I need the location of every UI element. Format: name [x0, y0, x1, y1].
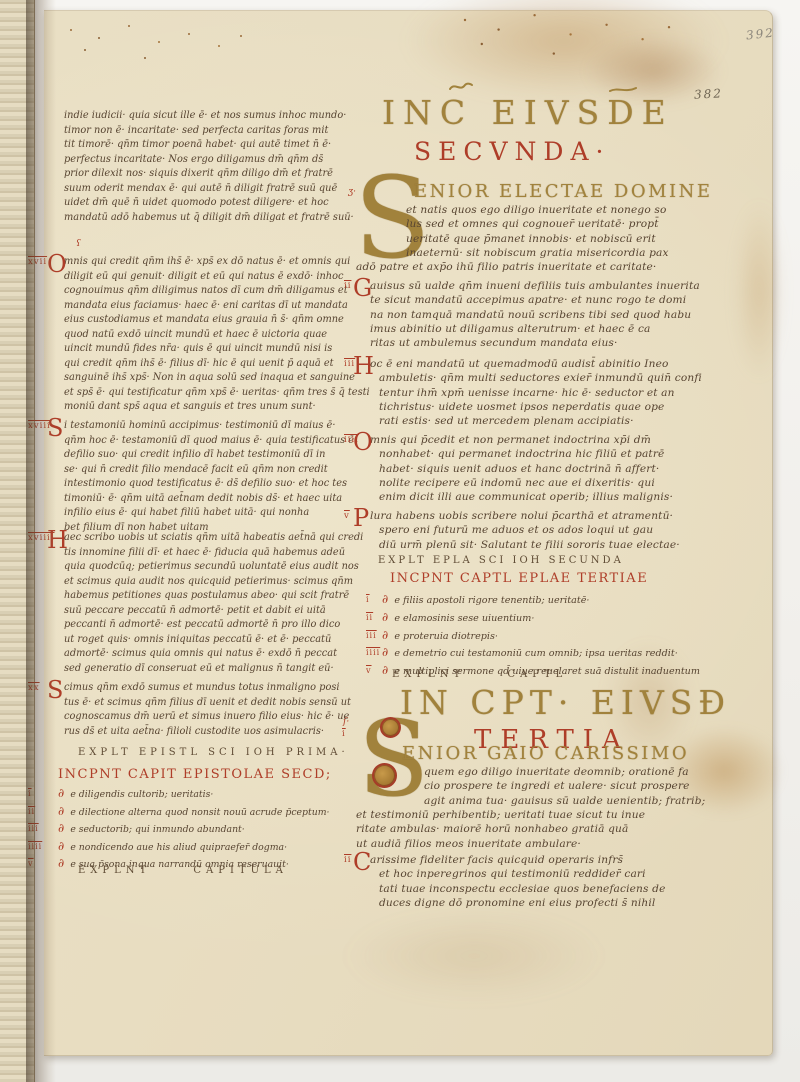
binding-gutter-shadow: [26, 0, 56, 1082]
capitulum-initial: ∂: [58, 804, 64, 818]
section-1john-xx: xx S cimus qn̄m exdō sumus et mundus tot…: [64, 681, 356, 739]
text-line: tichristus· uidete uosmet ipsos neperdat…: [370, 400, 766, 414]
text-line: i testamoniū hominū accipimus· testimoni…: [64, 419, 356, 434]
text-line: cognoscamus dm̄ uerū et simus inuero fil…: [64, 710, 356, 725]
text-line: rus ds̄ et uita aet̄na· filioli custodit…: [64, 725, 356, 740]
text-line: mnis qui credit qn̄m ihs̄ ē· xps̄ ex dō …: [64, 255, 356, 270]
1john-ch16-lines: indie iudicii· quia sicut ille ē· et nos…: [64, 109, 356, 225]
text-line: rati estis· sed ut mercedem plenam accip…: [370, 414, 766, 428]
text-lines: et natis quos ego diligo inueritate et n…: [356, 203, 766, 275]
foxing-specks: [464, 19, 466, 21]
capitulum-number: i: [366, 593, 370, 608]
capitulum-initial: ∂: [382, 610, 388, 624]
capitulum-number: ii: [366, 611, 373, 626]
text-line: ritate ambulas· maiorē horū nonhabeo gra…: [356, 822, 766, 836]
text-line: auisus sū ualde qn̄m inueni defiliis tui…: [370, 279, 766, 293]
text-line: indie iudicii· quia sicut ille ē· et nos…: [64, 109, 356, 124]
text-line: tus ē· et scimus qn̄m filius dī uenit et…: [64, 696, 356, 711]
text-line: diū urm̄ plenū sit· Salutant te filii so…: [370, 538, 766, 552]
text-lines: aec scribo uobis ut sciatis qn̄m uitā ha…: [64, 531, 356, 676]
text-lines: arissime fideliter facis quicquid operar…: [370, 853, 766, 910]
capitulum-item: iiii ∂ e demetrio cui testamoniū cum omn…: [382, 644, 766, 662]
paragraph-sign: ʕ: [76, 239, 81, 249]
text-line: qui credit qn̄m ihs̄ ē· filius dī· hic ē…: [64, 357, 356, 372]
text-line: cimus qn̄m exdō sumus et mundus totus in…: [64, 681, 356, 696]
text-line: adō patre et axp̄o ihū filio patris inue…: [356, 260, 766, 274]
text-line: tit timorē· qn̄m timor poenā habet· qui …: [64, 138, 356, 153]
capitulum-text: e proteruia diotrepis·: [394, 631, 498, 642]
text-line: spero eni futurū me aduos et os ados loq…: [370, 523, 766, 537]
text-line: ut audiā filios meos inueritate ambulare…: [356, 837, 766, 851]
text-lines: quem ego diligo inueritate deomnib; orat…: [356, 765, 766, 851]
text-line: perfectus incaritate· Nos ergo diligamus…: [64, 153, 356, 168]
initial-letter: G: [353, 276, 372, 300]
capitulum-text: e filiis apostoli rigore tenentib; uerit…: [394, 595, 589, 606]
text-line: quod natū exdō uincit mundū et haec ē ui…: [64, 328, 356, 343]
capitulum-initial: ∂: [58, 821, 64, 835]
parchment-stain: [344, 911, 604, 1001]
text-line: lus sed et omnes qui cognouer̄ ueritatē·…: [356, 217, 766, 231]
capitulum-number: iiii: [366, 646, 380, 661]
text-line: defilio suo· qui credit infilio dī habet…: [64, 448, 356, 463]
text-line: uincit mundū fides nr̄a· quis ē qui uinc…: [64, 342, 356, 357]
text-line: timoniū· ē· qn̄m uitā aet̄nam dedit nobi…: [64, 492, 356, 507]
text-line: ut roget quis· omnis iniquitas peccatū ē…: [64, 633, 356, 648]
text-line: admortē· scimus quia omnis qui natus ē· …: [64, 647, 356, 662]
manuscript-photo: 392 382 ʕ ʒ· ſ· indie iudicii· quia sicu…: [0, 0, 800, 1082]
text-line: ambuletis· qn̄m multi seductores exier̄ …: [370, 371, 766, 385]
text-line: aec scribo uobis ut sciatis qn̄m uitā ha…: [64, 531, 356, 546]
text-line: enim dicit illi aue communicat operib; i…: [370, 490, 766, 504]
capitulum-item: iii ∂ e seductorib; qui inmundo abundant…: [58, 820, 356, 838]
text-line: tati tuae inconspectu ecclesiae quos ben…: [370, 882, 766, 896]
explicit-capitula2: EXPLNT CAPITULA: [78, 865, 288, 876]
text-line: habemus petitiones quas postulamus abeo·…: [64, 589, 356, 604]
capitulum-initial: ∂: [382, 663, 388, 677]
initial-letter: C: [353, 850, 371, 874]
initial-letter: O: [353, 430, 373, 454]
capitula2-title: INCPNT CAPIT EPISTOLAE SECD;: [58, 767, 332, 782]
incipit-3john-line1: IN CPT· EIVSĐ: [400, 683, 731, 722]
text-line: tis innomine filii dī· et haec ē· fiduci…: [64, 546, 356, 561]
text-line: mandatū adō habemus ut q̄ diligit dm̄ di…: [64, 211, 356, 226]
capitula3-list: i ∂ e filiis apostoli rigore tenentib; u…: [382, 591, 766, 680]
text-line: eius custodiamus et mandata eius grauia …: [64, 313, 356, 328]
capitulum-item: ii ∂ e dilectione alterna quod nonsit no…: [58, 803, 356, 821]
capitulum-number: v: [366, 664, 372, 679]
capitulum-initial: ∂: [58, 856, 64, 870]
text-line: na non tamquā mandatū nouū scribens tibi…: [370, 308, 766, 322]
text-line: tentur ihm̄ xpm̄ uenisse incarne· hic ē·…: [370, 386, 766, 400]
text-line: uidet dm̄ quē n̄ uidet quomodo potest di…: [64, 196, 356, 211]
text-line: quem ego diligo inueritate deomnib; orat…: [356, 765, 766, 779]
text-line: mnis qui p̄cedit et non permanet indoctr…: [370, 433, 766, 447]
initial-letter: P: [353, 506, 369, 530]
text-line: ueritatē quae p̄manet innobis· et nobisc…: [356, 232, 766, 246]
text-lines: indie iudicii· quia sicut ille ē· et nos…: [64, 109, 356, 225]
text-lines: cimus qn̄m exdō sumus et mundus totus in…: [64, 681, 356, 739]
capitulum-text: e seductorib; qui inmundo abundant·: [70, 824, 244, 835]
3john-opening-lines: quem ego diligo inueritate deomnib; orat…: [356, 765, 766, 851]
text-line: imus abinitio ut diligamus alterutrum· e…: [370, 322, 766, 336]
text-line: mandata eius faciamus· haec ē· eni carit…: [64, 299, 356, 314]
text-line: agit anima tua· gauisus sū ualde uenient…: [356, 794, 766, 808]
explicit-2john: EXPLT EPLA SCI IOH SECUNDA: [378, 555, 624, 566]
text-line: inaeternū· sit nobiscum gratia misericor…: [356, 246, 766, 260]
capitulum-initial: ∂: [58, 839, 64, 853]
incipit-2john-line2: SECVNDA·: [414, 137, 610, 166]
folio-number-ink: 382: [694, 86, 724, 101]
capitula3-title: INCPNT CAPTL EPLAE TERTIAE: [390, 571, 648, 586]
text-lines: lura habens uobis scribere nolui p̄carth…: [370, 509, 766, 552]
text-line: cognouimus qn̄m diligimus natos dī cum d…: [64, 284, 356, 299]
section-1john-xvii: xvii O mnis qui credit qn̄m ihs̄ ē· xps̄…: [64, 255, 356, 415]
text-line: peccanti n̄ admortē· est peccatū admortē…: [64, 618, 356, 633]
text-line: suū peccare peccatū n̄ admortē· petit et…: [64, 604, 356, 619]
rosette-ornament: [380, 717, 401, 738]
capitulum-initial: ∂: [382, 645, 388, 659]
capitulum-text: e demetrio cui testamoniū cum omnib; ips…: [394, 648, 677, 659]
section-2john-iiii: iiii O mnis qui p̄cedit et non permanet …: [370, 433, 766, 505]
section-2john-iii: iii H oc ē eni mandatū ut quemadmodū aud…: [370, 357, 766, 429]
text-line: sanguinē ihs̄ xps̄· Non in aqua solū sed…: [64, 371, 356, 386]
capitulum-initial: ∂: [58, 786, 64, 800]
text-line: et scimus quia audit nos quicquid petier…: [64, 575, 356, 590]
text-line: et hoc inperegrinos qui testimoniū reddi…: [370, 867, 766, 881]
folio-number-pencil: 392: [745, 26, 775, 43]
text-line: intestimonio quod testificatus ē· ds̄ de…: [64, 477, 356, 492]
text-line: se· qui n̄ credit filio mendacē facit eū…: [64, 463, 356, 478]
section-3john-ii: ii C arissime fideliter facis quicquid o…: [370, 853, 766, 910]
text-line: habet· siquis uenit aduos et hanc doctri…: [370, 462, 766, 476]
text-line: infilio eius ē· qui habet filiū habet ui…: [64, 506, 356, 521]
foxing-specks: [70, 29, 72, 31]
opening-caps-2john: ENIOR ELECTAE DOMINE: [414, 181, 713, 202]
text-lines: mnis qui p̄cedit et non permanet indoctr…: [370, 433, 766, 505]
manuscript-page: 392 382 ʕ ʒ· ſ· indie iudicii· quia sicu…: [44, 10, 773, 1056]
capitulum-item: iiii ∂ e nondicendo aue his aliud quipra…: [58, 838, 356, 856]
section-2john-ii: ii G auisus sū ualde qn̄m inueni defilii…: [370, 279, 766, 351]
capitulum-initial: ∂: [382, 628, 388, 642]
text-line: timor non ē· incaritate· sed perfecta ca…: [64, 124, 356, 139]
capitulum-item: iii ∂ e proteruia diotrepis·: [382, 627, 766, 645]
text-line: arissime fideliter facis quicquid operar…: [370, 853, 766, 867]
text-line: quia quodcūq; petierimus secundū uolunta…: [64, 560, 356, 575]
section-1john-xviiii: xviiii H aec scribo uobis ut sciatis qn̄…: [64, 531, 356, 676]
text-line: ritas ut ambulemus secundum mandata eius…: [370, 336, 766, 350]
initial-letter: H: [353, 354, 374, 378]
text-lines: auisus sū ualde qn̄m inueni defiliis tui…: [370, 279, 766, 351]
text-line: moniū dant sps̄ aqua et sanguis et tres …: [64, 400, 356, 415]
text-lines: mnis qui credit qn̄m ihs̄ ē· xps̄ ex dō …: [64, 255, 356, 415]
capitula2-list: i ∂ e diligendis cultorib; ueritatis· ii…: [58, 785, 356, 873]
capitulum-number: iii: [366, 629, 377, 644]
capitula-items: i ∂ e diligendis cultorib; ueritatis· ii…: [58, 785, 356, 873]
opening-caps-3john: ENIOR GAIO CARISSIMO: [402, 743, 689, 764]
chapter-number: ii: [344, 281, 351, 291]
capitulum-text: e diligendis cultorib; ueritatis·: [70, 789, 213, 800]
capitulum-text: e dilectione alterna quod nonsit nouū ac…: [70, 807, 329, 818]
text-line: et sps̄ ē· qui testificatur qn̄m xps̄ ē·…: [64, 386, 356, 401]
text-line: et testimoniū perhibentib; ueritati tuae…: [356, 808, 766, 822]
chapter-number: i: [342, 729, 346, 739]
chapter-number: ii: [344, 855, 351, 865]
text-line: duces digne dō pronomine eni eius profec…: [370, 896, 766, 910]
explicit-1john: EXPLT EPISTL SCI IOH PRIMA·: [78, 747, 349, 758]
text-line: nonhabet· qui permanet indoctrina hic fi…: [370, 447, 766, 461]
section-1john-xviii: xviii S i testamoniū hominū accipimus· t…: [64, 419, 356, 535]
text-line: diligit eū qui genuit· diligit et eū qui…: [64, 270, 356, 285]
text-line: cio prospere te ingredi et ualere· sicut…: [356, 779, 766, 793]
text-line: et natis quos ego diligo inueritate et n…: [356, 203, 766, 217]
capitulum-text: e elamosinis sese uiuentium·: [394, 613, 534, 624]
text-line: qn̄m hoc ē· testamoniū dī quod maius ē· …: [64, 434, 356, 449]
text-line: nolite recipere eū indomū nec aue ei dix…: [370, 476, 766, 490]
text-line: te sicut mandatū accepimus apatre· et nu…: [370, 293, 766, 307]
text-line: sed generatio dī conseruat eū et malignu…: [64, 662, 356, 677]
section-2john-v: v P lura habens uobis scribere nolui p̄c…: [370, 509, 766, 552]
capitulum-item: i ∂ e filiis apostoli rigore tenentib; u…: [382, 591, 766, 609]
text-line: lura habens uobis scribere nolui p̄carth…: [370, 509, 766, 523]
capitulum-item: i ∂ e diligendis cultorib; ueritatis·: [58, 785, 356, 803]
text-lines: i testamoniū hominū accipimus· testimoni…: [64, 419, 356, 535]
text-line: oc ē eni mandatū ut quemadmodū audist̄ a…: [370, 357, 766, 371]
capitulum-text: e nondicendo aue his aliud quipraefer̄ d…: [70, 842, 287, 853]
text-lines: oc ē eni mandatū ut quemadmodū audist̄ a…: [370, 357, 766, 429]
2john-opening-lines: et natis quos ego diligo inueritate et n…: [356, 203, 766, 275]
incipit-2john-line1: INC EIVSDE: [382, 93, 674, 132]
chapter-number: v: [344, 511, 350, 521]
text-line: prior dilexit nos· siquis dixerit qn̄m d…: [64, 167, 356, 182]
capitulum-initial: ∂: [382, 592, 388, 606]
ornament-icon: [448, 81, 474, 93]
text-line: suum oderit mendax ē· qui autē n̄ diligi…: [64, 182, 356, 197]
capitulum-item: ii ∂ e elamosinis sese uiuentium·: [382, 609, 766, 627]
capitula-items: i ∂ e filiis apostoli rigore tenentib; u…: [382, 591, 766, 680]
explicit-capitula3: EXPLNT CAPTL: [392, 669, 567, 680]
